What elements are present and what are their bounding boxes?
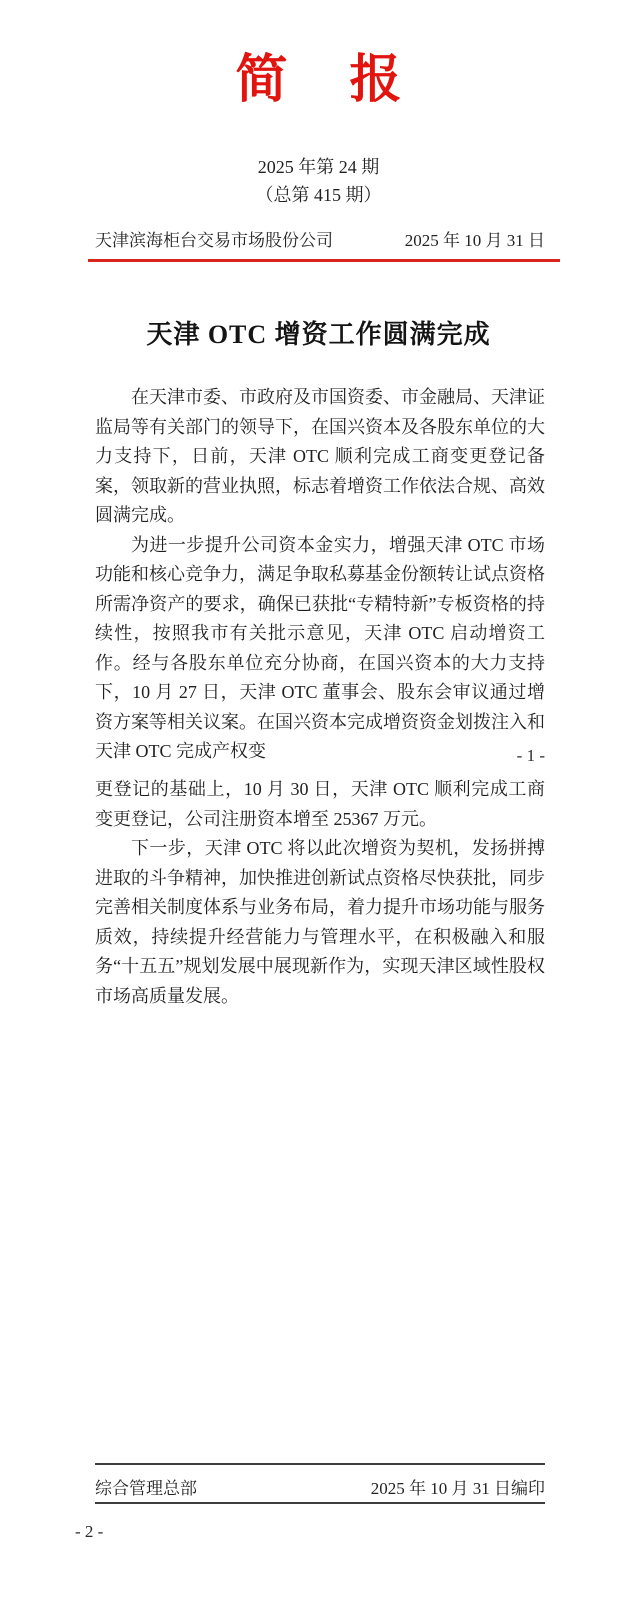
article-body-page2: 更登记的基础上，10 月 30 日，天津 OTC 顺利完成工商变更登记，公司注册… (95, 775, 545, 1011)
body-paragraph-2-part2: 更登记的基础上，10 月 30 日，天津 OTC 顺利完成工商变更登记，公司注册… (95, 775, 545, 834)
masthead-char-1: 简 (235, 52, 287, 109)
body-paragraph-2-part1: 为进一步提升公司资本金实力，增强天津 OTC 市场功能和核心竞争力，满足争取私募… (95, 531, 545, 767)
header-info-row: 天津滨海柜台交易市场股份公司 2025 年 10 月 31 日 (95, 226, 545, 251)
body-paragraph-1: 在天津市委、市政府及市国资委、市金融局、天津证监局等有关部门的领导下，在国兴资本… (95, 383, 545, 531)
footer-department: 综合管理总部 (95, 1474, 197, 1499)
issue-block: 2025 年第 24 期 （总第 415 期） (0, 153, 637, 209)
issue-number: 2025 年第 24 期 (0, 153, 637, 181)
cumulative-issue-number: （总第 415 期） (0, 181, 637, 209)
article-title: 天津 OTC 增资工作圆满完成 (0, 314, 637, 351)
bulletin-document: 简 报 2025 年第 24 期 （总第 415 期） 天津滨海柜台交易市场股份… (0, 0, 637, 1600)
article-body-page1: 在天津市委、市政府及市国资委、市金融局、天津证监局等有关部门的领导下，在国兴资本… (95, 383, 545, 767)
masthead-char-2: 报 (350, 52, 402, 109)
body-paragraph-3: 下一步，天津 OTC 将以此次增资为契机，发扬拼搏进取的斗争精神，加快推进创新试… (95, 834, 545, 1011)
masthead-title: 简 报 (0, 52, 637, 109)
header-date: 2025 年 10 月 31 日 (405, 226, 545, 251)
header-red-rule (88, 259, 560, 262)
footer-imprint-date: 2025 年 10 月 31 日编印 (371, 1474, 545, 1499)
page-1-marker: - 1 - (95, 746, 545, 766)
footer-info-row: 综合管理总部 2025 年 10 月 31 日编印 (95, 1474, 545, 1499)
page-2-marker: - 2 - (75, 1522, 103, 1542)
organization-name: 天津滨海柜台交易市场股份公司 (95, 226, 333, 251)
footer-rule-top (95, 1463, 545, 1465)
footer-rule-bottom (95, 1502, 545, 1504)
